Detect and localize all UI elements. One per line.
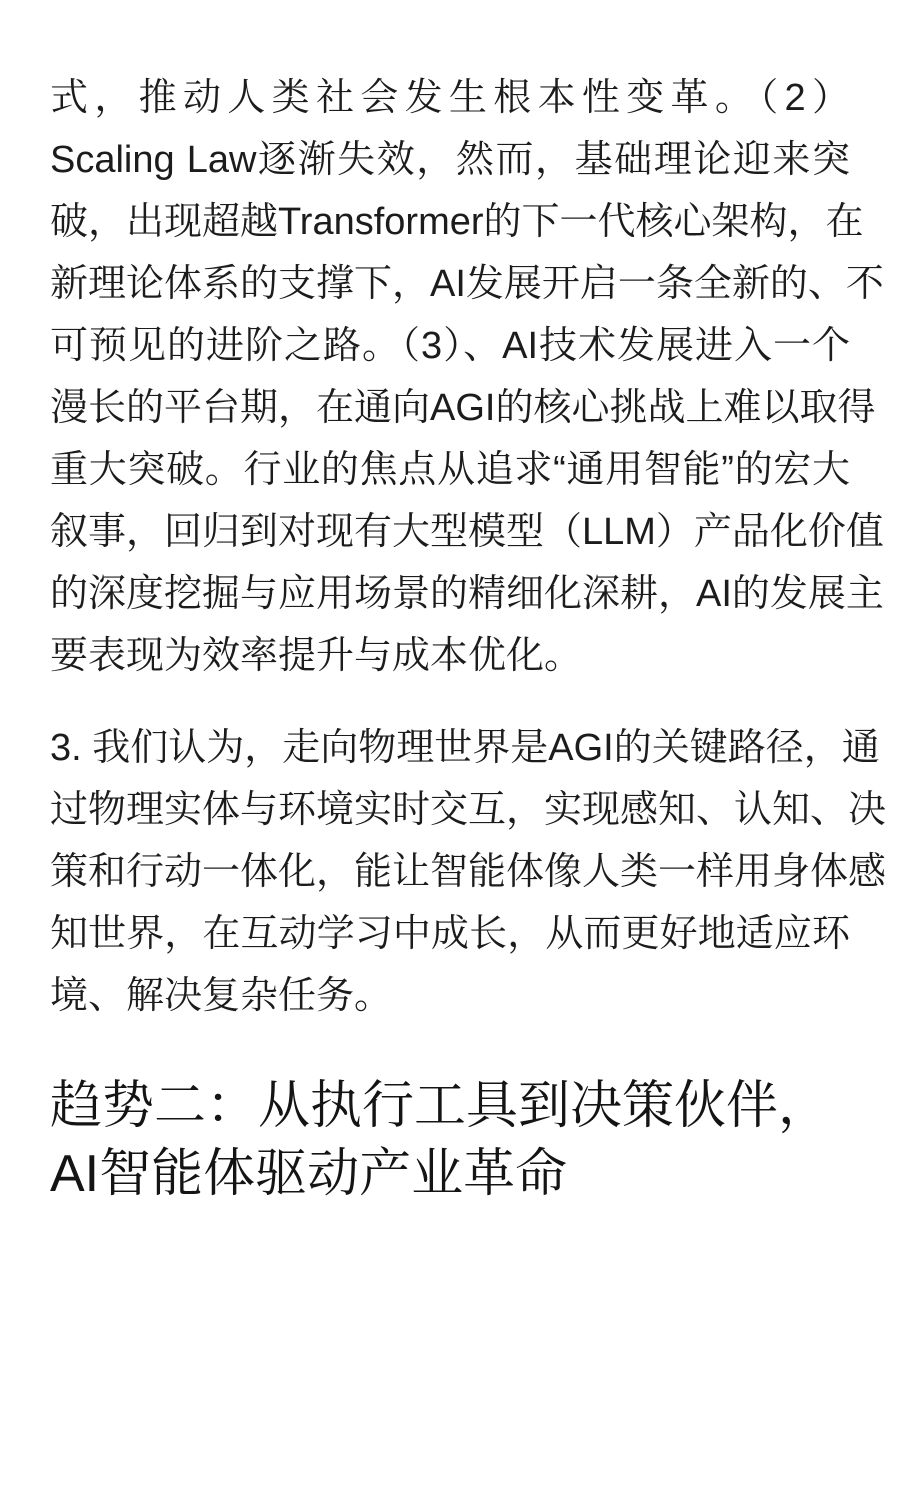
text-line: 重大突破。行业的焦点从追求“通用智能”的宏大 <box>50 439 850 501</box>
heading-line: AI智能体驱动产业革命 <box>50 1140 850 1208</box>
paragraph-1: 式，推动人类社会发生根本性变革。（2） Scaling Law逐渐失效，然而，基… <box>50 67 850 687</box>
text-line: 式，推动人类社会发生根本性变革。（2） <box>50 67 850 129</box>
article-page: 式，推动人类社会发生根本性变革。（2） Scaling Law逐渐失效，然而，基… <box>0 0 900 1500</box>
text-line: 知世界，在互动学习中成长，从而更好地适应环 <box>50 903 850 965</box>
section-heading: 趋势二：从执行工具到决策伙伴， AI智能体驱动产业革命 <box>50 1072 850 1208</box>
heading-line: 趋势二：从执行工具到决策伙伴， <box>50 1072 850 1140</box>
paragraph-2: 3. 我们认为，走向物理世界是AGI的关键路径，通 过物理实体与环境实时交互，实… <box>50 717 850 1027</box>
text-line: 漫长的平台期，在通向AGI的核心挑战上难以取得 <box>50 377 850 439</box>
text-line: 破，出现超越Transformer的下一代核心架构，在 <box>50 191 850 253</box>
article-body: 式，推动人类社会发生根本性变革。（2） Scaling Law逐渐失效，然而，基… <box>0 67 900 1208</box>
text-line: 要表现为效率提升与成本优化。 <box>50 625 850 687</box>
text-line: 新理论体系的支撑下，AI发展开启一条全新的、不 <box>50 253 850 315</box>
text-line: 策和行动一体化，能让智能体像人类一样用身体感 <box>50 841 850 903</box>
text-line: 过物理实体与环境实时交互，实现感知、认知、决 <box>50 779 850 841</box>
text-line: Scaling Law逐渐失效，然而，基础理论迎来突 <box>50 129 850 191</box>
text-line: 境、解决复杂任务。 <box>50 965 850 1027</box>
text-line: 叙事，回归到对现有大型模型（LLM）产品化价值 <box>50 501 850 563</box>
text-line: 的深度挖掘与应用场景的精细化深耕，AI的发展主 <box>50 563 850 625</box>
text-line: 可预见的进阶之路。（3）、AI技术发展进入一个 <box>50 315 850 377</box>
text-line: 3. 我们认为，走向物理世界是AGI的关键路径，通 <box>50 717 850 779</box>
